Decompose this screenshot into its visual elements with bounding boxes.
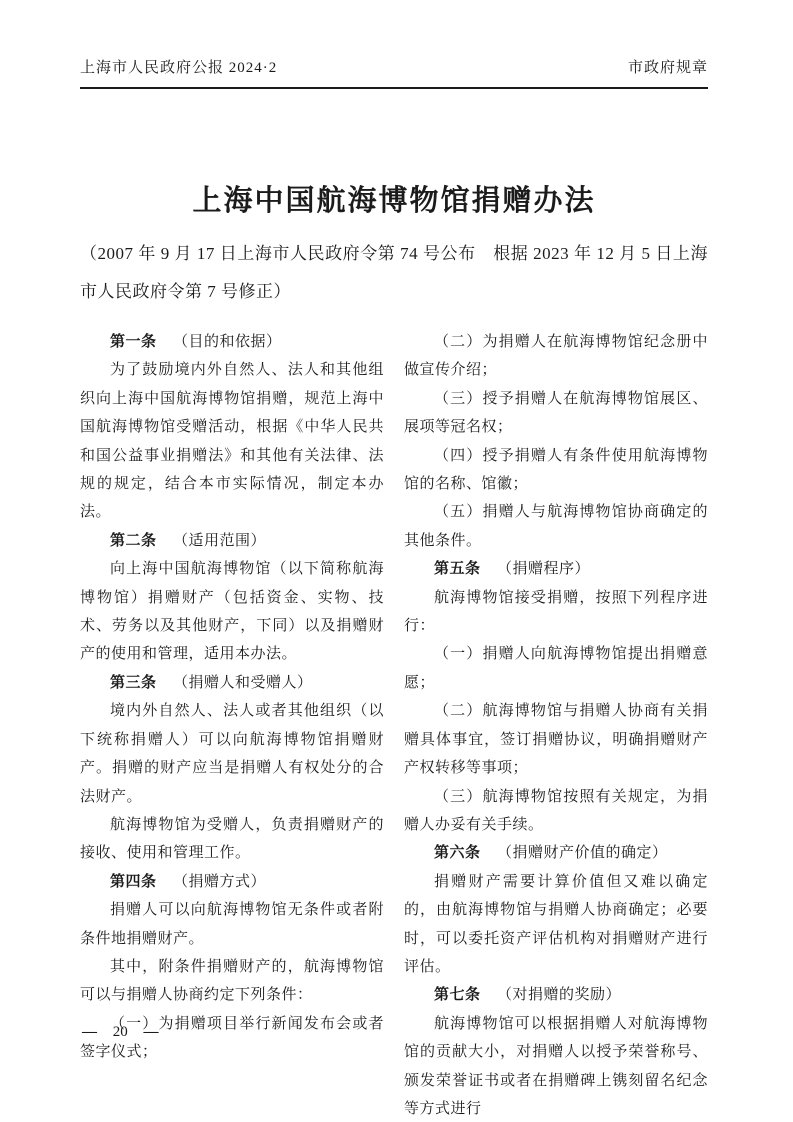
article-caption: （捐赠方式） xyxy=(173,874,266,890)
column-left: 第一条（目的和依据）为了鼓励境内外自然人、法人和其他组织向上海中国航海博物馆捐赠… xyxy=(80,328,384,1122)
article-number: 第七条 xyxy=(434,987,481,1003)
body-paragraph: （二）为捐赠人在航海博物馆纪念册中做宣传介绍； xyxy=(404,328,708,385)
body-paragraph: （二）航海博物馆与捐赠人协商有关捐赠具体事宜，签订捐赠协议，明确捐赠财产产权转移… xyxy=(404,697,708,782)
body-paragraph: 向上海中国航海博物馆（以下简称航海博物馆）捐赠财产（包括资金、实物、技术、劳务以… xyxy=(80,555,384,669)
footer-dash-right: — xyxy=(144,1024,159,1040)
gazette-title: 上海市人民政府公报 2024·2 xyxy=(80,58,277,78)
article-caption: （捐赠程序） xyxy=(497,561,590,577)
body-columns: 第一条（目的和依据）为了鼓励境内外自然人、法人和其他组织向上海中国航海博物馆捐赠… xyxy=(80,328,708,1122)
article-number: 第二条 xyxy=(110,533,157,549)
body-paragraph: （三）授予捐赠人在航海博物馆展区、展项等冠名权； xyxy=(404,385,708,442)
article-number: 第六条 xyxy=(434,845,481,861)
column-right: （二）为捐赠人在航海博物馆纪念册中做宣传介绍；（三）授予捐赠人在航海博物馆展区、… xyxy=(404,328,708,1122)
body-paragraph: 捐赠人可以向航海博物馆无条件或者附条件地捐赠财产。 xyxy=(80,896,384,953)
article-caption: （捐赠人和受赠人） xyxy=(173,675,313,691)
article-number: 第五条 xyxy=(434,561,481,577)
article-caption: （捐赠财产价值的确定） xyxy=(497,845,668,861)
article-caption: （适用范围） xyxy=(173,533,266,549)
page-number: 20 xyxy=(113,1024,128,1040)
article-heading: 第一条（目的和依据） xyxy=(80,328,384,356)
body-paragraph: 捐赠财产需要计算价值但又难以确定的，由航海博物馆与捐赠人协商确定；必要时，可以委… xyxy=(404,868,708,982)
article-heading: 第七条（对捐赠的奖励） xyxy=(404,981,708,1009)
page-footer: — 20 — xyxy=(82,1024,159,1041)
body-paragraph: （五）捐赠人与航海博物馆协商确定的其他条件。 xyxy=(404,498,708,555)
article-heading: 第三条（捐赠人和受赠人） xyxy=(80,669,384,697)
article-number: 第四条 xyxy=(110,874,157,890)
article-heading: 第四条（捐赠方式） xyxy=(80,868,384,896)
article-heading: 第五条（捐赠程序） xyxy=(404,555,708,583)
footer-dash-left: — xyxy=(82,1024,97,1040)
gazette-page: 上海市人民政府公报 2024·2 市政府规章 上海中国航海博物馆捐赠办法 （20… xyxy=(0,0,793,1122)
article-number: 第三条 xyxy=(110,675,157,691)
body-paragraph: 航海博物馆为受赠人，负责捐赠财产的接收、使用和管理工作。 xyxy=(80,811,384,868)
article-caption: （目的和依据） xyxy=(173,334,282,350)
body-paragraph: 为了鼓励境内外自然人、法人和其他组织向上海中国航海博物馆捐赠，规范上海中国航海博… xyxy=(80,356,384,526)
document-title: 上海中国航海博物馆捐赠办法 xyxy=(80,181,708,221)
body-paragraph: （三）航海博物馆按照有关规定，为捐赠人办妥有关手续。 xyxy=(404,783,708,840)
promulgation-note: （2007 年 9 月 17 日上海市人民政府令第 74 号公布 根据 2023… xyxy=(80,235,708,310)
body-paragraph: 航海博物馆可以根据捐赠人对航海博物馆的贡献大小，对捐赠人以授予荣誉称号、颁发荣誉… xyxy=(404,1010,708,1122)
section-label: 市政府规章 xyxy=(628,58,708,78)
article-heading: 第二条（适用范围） xyxy=(80,527,384,555)
body-paragraph: （一）捐赠人向航海博物馆提出捐赠意愿； xyxy=(404,640,708,697)
page-header: 上海市人民政府公报 2024·2 市政府规章 xyxy=(80,58,708,89)
article-number: 第一条 xyxy=(110,334,157,350)
body-paragraph: （四）授予捐赠人有条件使用航海博物馆的名称、馆徽； xyxy=(404,442,708,499)
body-paragraph: 境内外自然人、法人或者其他组织（以下统称捐赠人）可以向航海博物馆捐赠财产。捐赠的… xyxy=(80,697,384,811)
article-caption: （对捐赠的奖励） xyxy=(497,987,621,1003)
body-paragraph: 其中，附条件捐赠财产的，航海博物馆可以与捐赠人协商约定下列条件： xyxy=(80,953,384,1010)
article-heading: 第六条（捐赠财产价值的确定） xyxy=(404,839,708,867)
body-paragraph: 航海博物馆接受捐赠，按照下列程序进行： xyxy=(404,584,708,641)
